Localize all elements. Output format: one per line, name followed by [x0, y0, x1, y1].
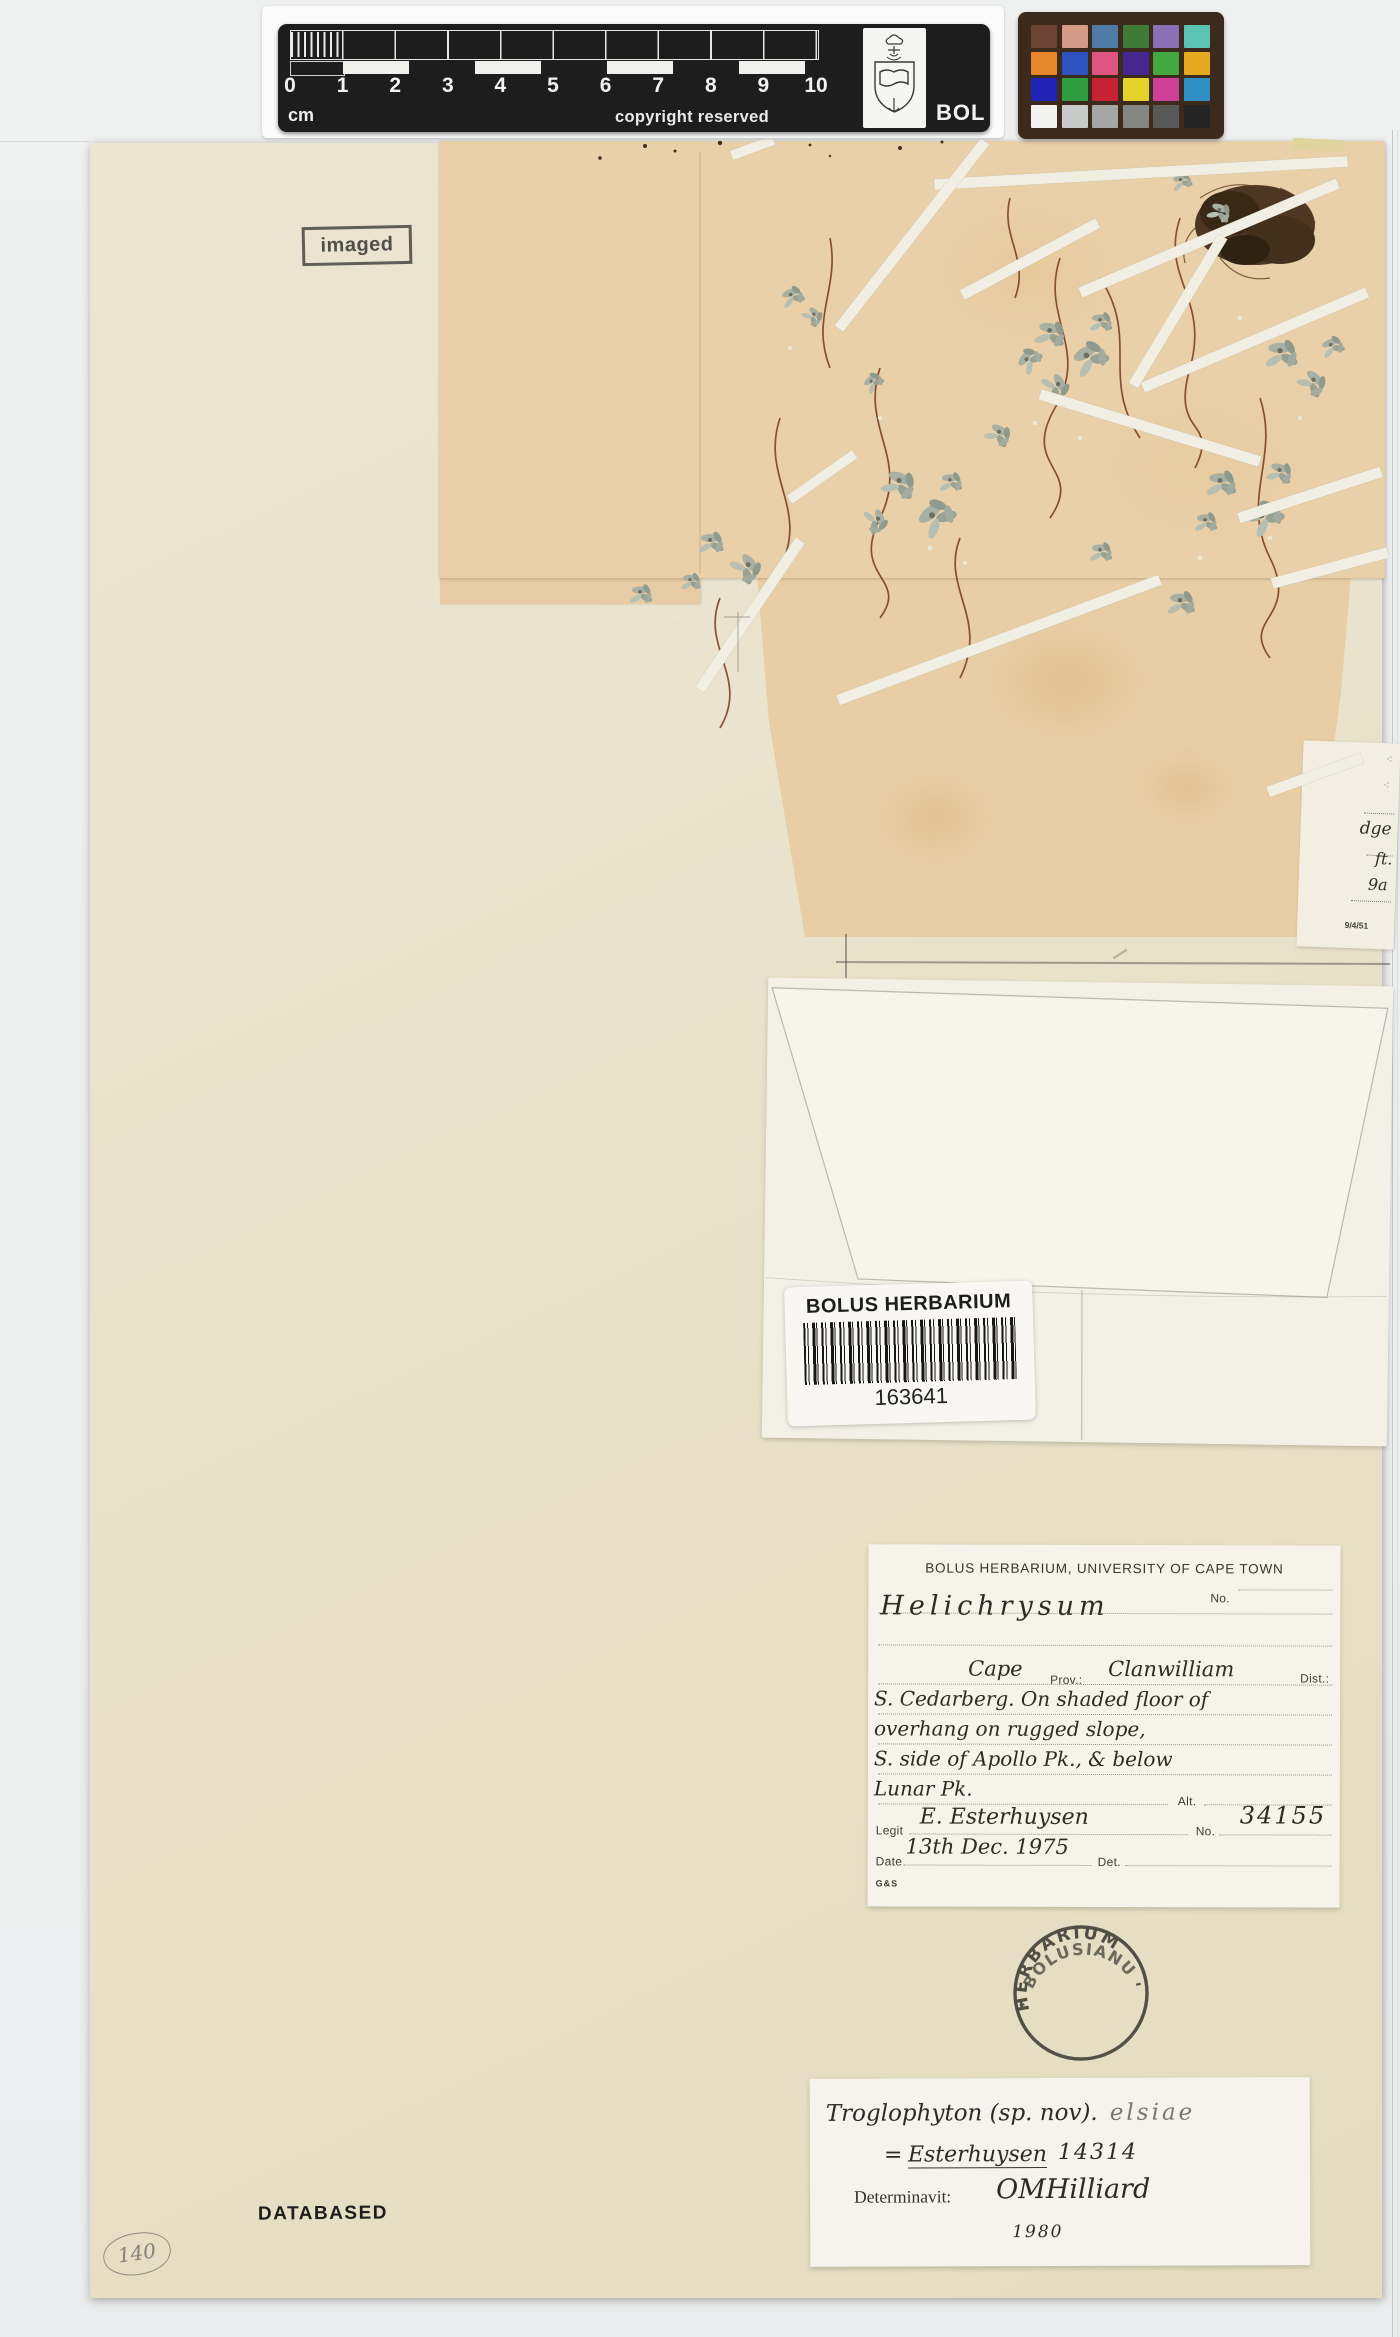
- det-syn-number: 14314: [1058, 2140, 1138, 2165]
- ruled-line: [878, 1644, 1332, 1646]
- alt-label: Alt.: [1178, 1794, 1197, 1808]
- det-epithet-pencil: elsiae: [1110, 2100, 1196, 2126]
- color-patch: [1123, 52, 1149, 75]
- color-patch: [1031, 78, 1057, 101]
- ruler-tick-label: 3: [442, 74, 454, 98]
- determination-label: Troglophyton (sp. nov). elsiae = Esterhu…: [810, 2077, 1311, 2267]
- barcode-number: 163641: [787, 1381, 1036, 1414]
- ruled-line: [878, 1713, 1332, 1715]
- ruler-tick-label: 8: [705, 74, 717, 98]
- determinavit-label: Determinavit:: [854, 2186, 951, 2207]
- color-patch: [1092, 25, 1118, 48]
- ruler-tick-label: 1: [337, 74, 349, 98]
- institution-code: BOL: [936, 100, 985, 126]
- det-eq-sign: =: [884, 2143, 903, 2168]
- color-patch: [1153, 52, 1179, 75]
- stamp-dash-right: -: [1133, 1973, 1142, 1994]
- ruler-tick-label: 9: [758, 74, 770, 98]
- ruled-line: [1220, 1834, 1332, 1835]
- legit-label: Legit: [876, 1823, 904, 1837]
- databased-stamp: DATABASED: [258, 2202, 388, 2225]
- fragment-text-2: ft.: [1375, 849, 1393, 869]
- ruled-line: [904, 1864, 1092, 1865]
- plant-specimen: [580, 118, 1390, 838]
- color-patch: [1184, 52, 1210, 75]
- locality-line-1: S. Cedarberg. On shaded floor of: [874, 1686, 1208, 1711]
- ruled-line: [878, 1683, 1332, 1685]
- color-patch: [1184, 105, 1210, 128]
- fragment-text-3: 9a: [1368, 875, 1388, 895]
- scale-bar-alternating-bars: [290, 61, 817, 74]
- determiner-signature: OMHilliard: [996, 2174, 1150, 2206]
- backing-edge-line-2: [1397, 130, 1398, 2337]
- color-patch: [1062, 25, 1088, 48]
- collector-handwritten: E. Esterhuysen: [920, 1805, 1089, 1830]
- color-patch: [1031, 25, 1057, 48]
- scale-bar-fine-stripes: [291, 32, 343, 57]
- imaged-stamp: imaged: [302, 225, 413, 266]
- herbarium-round-stamp: HERBARIUM BOLUSIANUM - -: [1005, 1917, 1157, 2069]
- number-label: No.: [1196, 1824, 1216, 1838]
- color-patch: [1031, 105, 1057, 128]
- ruler-unit-label: cm: [288, 105, 314, 126]
- pencil-corner-mark-v: [737, 612, 739, 672]
- scale-bar-checker: [290, 30, 819, 60]
- backing-edge-line: [1392, 130, 1393, 2337]
- backing-top-line: [0, 141, 90, 142]
- ruled-line: [878, 1743, 1332, 1745]
- color-patch: [1184, 78, 1210, 101]
- ruler-tick-label: 7: [652, 74, 664, 98]
- uct-shield-icon: [863, 28, 926, 128]
- color-patch: [1123, 105, 1149, 128]
- fragment-dotline: [1351, 900, 1391, 902]
- ruler-tick-label: 2: [389, 74, 401, 98]
- barcode: [803, 1317, 1017, 1385]
- ruler-tick-label: 4: [495, 74, 507, 98]
- color-patch: [1123, 25, 1149, 48]
- no-label: No.: [1210, 1591, 1230, 1605]
- collection-label-header: BOLUS HERBARIUM, UNIVERSITY OF CAPE TOWN: [868, 1560, 1340, 1576]
- color-patch: [1153, 25, 1179, 48]
- det-year: 1980: [1012, 2222, 1063, 2242]
- color-patch: [1153, 78, 1179, 101]
- herbarium-scan: ·: ·: dge ft. 9a 9/4/51: [0, 0, 1400, 2337]
- barcode-label: BOLUS HERBARIUM 163641: [784, 1281, 1036, 1427]
- color-patch: [1062, 52, 1088, 75]
- no-dotline: [1238, 1589, 1332, 1590]
- pencil-corner-mark-h: [724, 616, 750, 618]
- locality-line-4: Lunar Pk.: [874, 1776, 973, 1800]
- color-patch: [1092, 52, 1118, 75]
- ruler-tick-label: 0: [284, 74, 296, 98]
- ruler-tick-label: 10: [804, 74, 827, 98]
- det-label: Det.: [1098, 1855, 1121, 1869]
- color-patch: [1092, 78, 1118, 101]
- det-name-ink: Troglophyton (sp. nov).: [826, 2100, 1098, 2127]
- dist-label: Dist.:: [1300, 1672, 1329, 1686]
- color-checker-card: [1018, 12, 1224, 139]
- printer-mark: G&S: [876, 1878, 899, 1888]
- date-label: Date: [876, 1854, 903, 1868]
- province-handwritten: Cape: [968, 1657, 1023, 1681]
- scale-bar: 012345678910 cm copyright reserved BOL: [278, 24, 990, 132]
- genus-handwritten: Helichrysum: [880, 1590, 1109, 1622]
- ruled-line: [878, 1773, 1332, 1775]
- pencil-tick: [845, 934, 847, 978]
- barcode-institution: BOLUS HERBARIUM: [784, 1290, 1033, 1320]
- ruler-tick-label: 5: [547, 74, 559, 98]
- color-patch: [1062, 78, 1088, 101]
- fragment-date-stamp: 9/4/51: [1344, 920, 1368, 931]
- locality-line-2: overhang on rugged slope,: [874, 1716, 1146, 1741]
- det-dotline: [1126, 1865, 1332, 1867]
- collector-number-handwritten: 34155: [1240, 1801, 1326, 1829]
- date-handwritten: 13th Dec. 1975: [906, 1834, 1069, 1858]
- color-patch: [1092, 105, 1118, 128]
- color-patch: [1062, 105, 1088, 128]
- color-patch: [1031, 52, 1057, 75]
- district-handwritten: Clanwilliam: [1108, 1657, 1234, 1681]
- det-syn-collector: Esterhuysen: [908, 2142, 1047, 2168]
- color-patch: [1123, 78, 1149, 101]
- locality-line-3: S. side of Apollo Pk., & below: [874, 1746, 1173, 1771]
- ruler-tick-label: 6: [600, 74, 612, 98]
- collection-label: BOLUS HERBARIUM, UNIVERSITY OF CAPE TOWN…: [868, 1544, 1341, 1907]
- color-patch: [1184, 25, 1210, 48]
- copyright-text: copyright reserved: [615, 108, 769, 127]
- color-patch: [1153, 105, 1179, 128]
